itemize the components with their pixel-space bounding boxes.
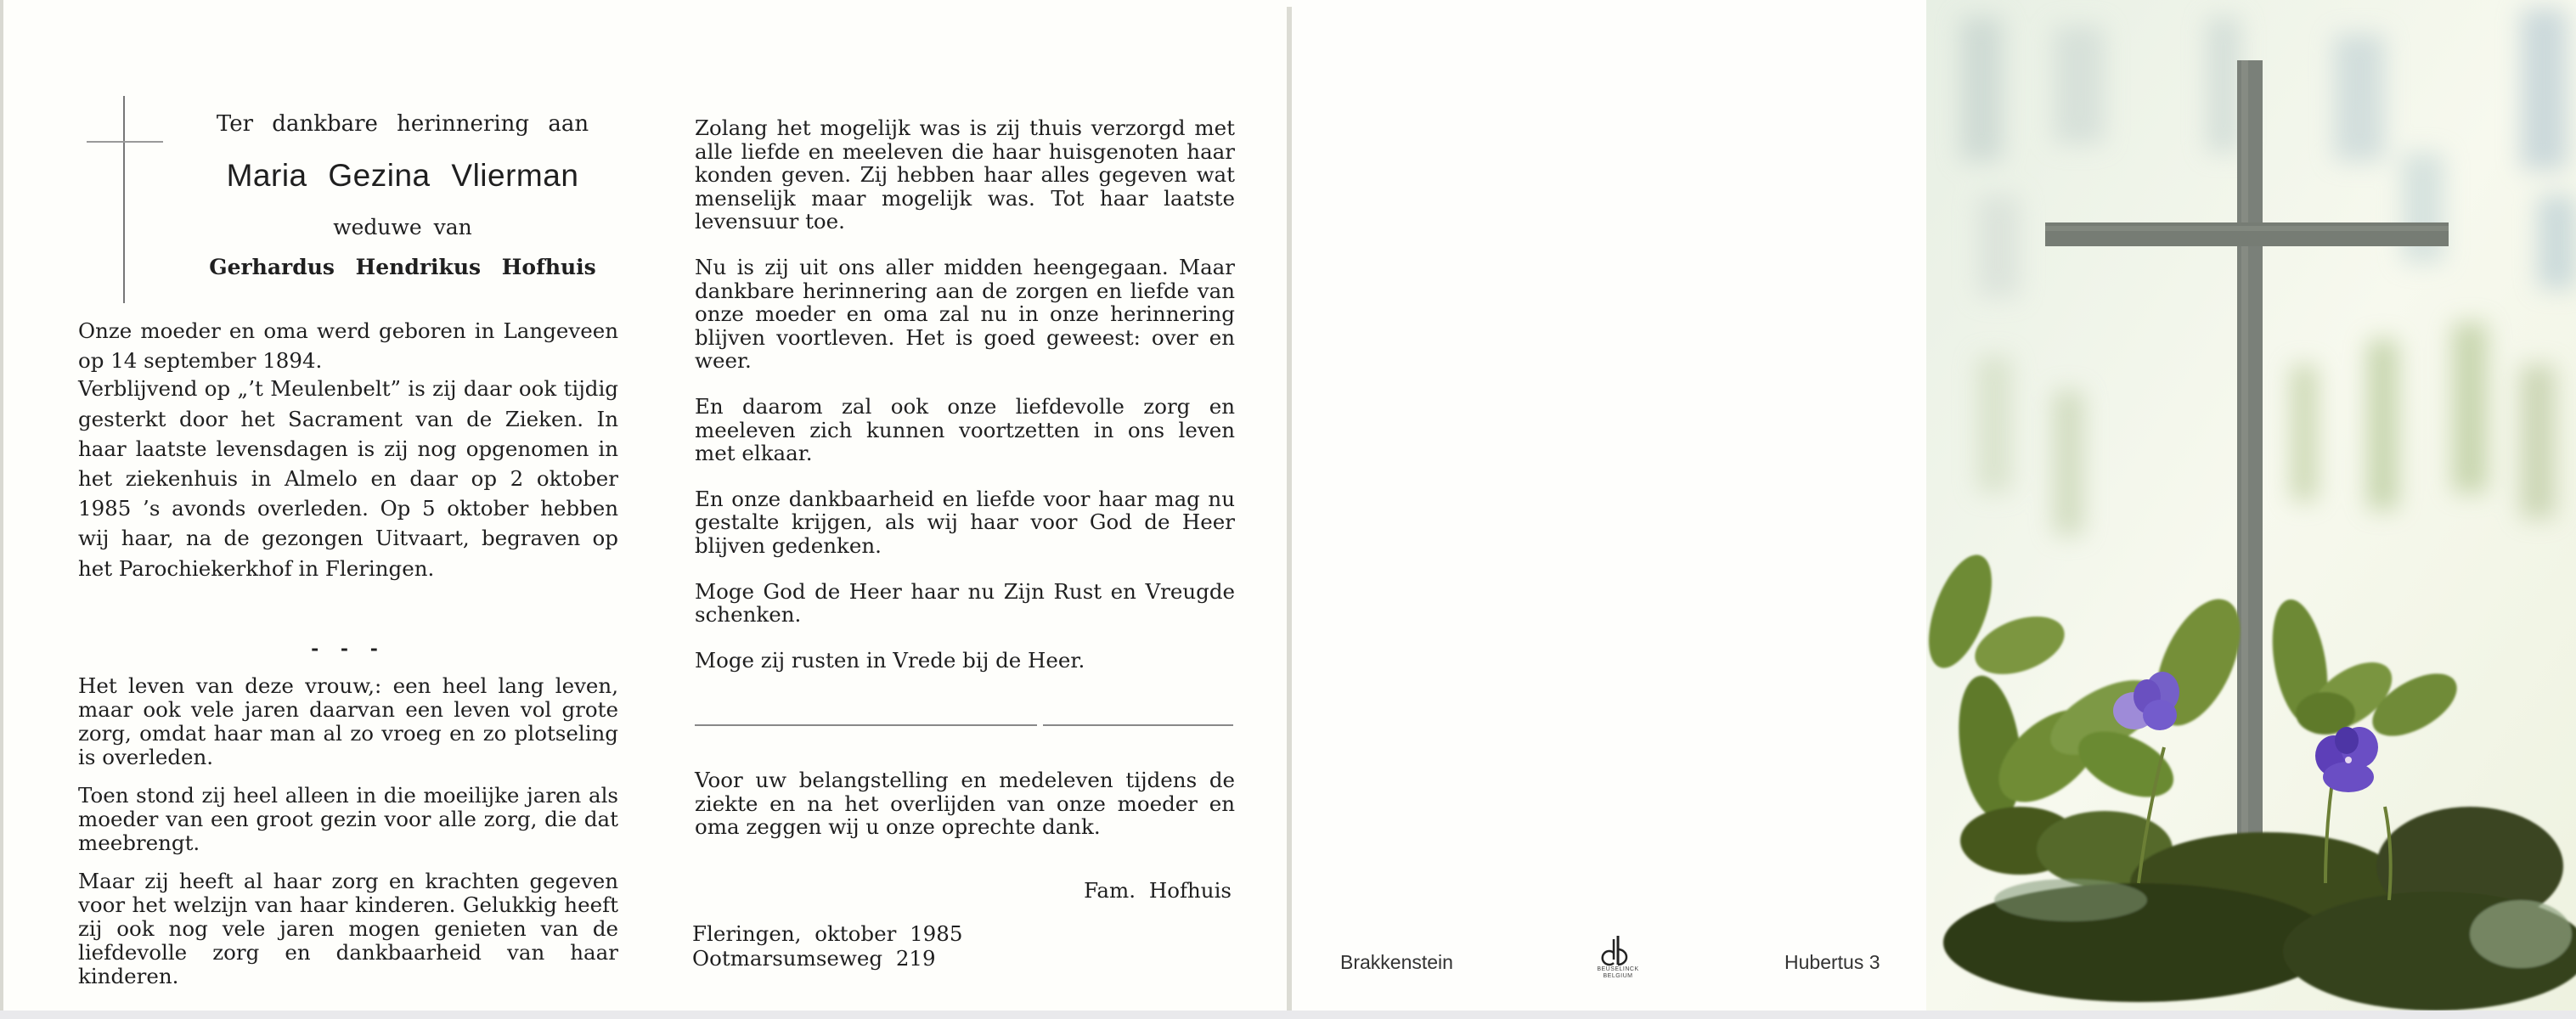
divider-line — [695, 724, 1037, 726]
cross-icon — [123, 96, 125, 303]
widow-paragraph: Toen stond zij heel alleen in die moeili… — [78, 784, 618, 855]
intro-text: Ter dankbare herinnering aan — [173, 111, 632, 137]
panel-front-text: Ter dankbare herinnering aan Maria Gezin… — [0, 0, 643, 1011]
cross-photo — [1926, 0, 2576, 1011]
panel-back — [1292, 0, 1926, 1011]
biography-block: Onze moeder en oma werd geboren in Lange… — [78, 316, 618, 583]
publisher-label: Brakkenstein — [1340, 951, 1453, 974]
life-paragraph: Het leven van deze vrouw,: een heel lang… — [78, 674, 618, 769]
reflection-block: Zolang het mogelijk was is zij thuis ver… — [695, 116, 1235, 694]
place-date: Fleringen, oktober 1985 — [692, 921, 962, 946]
series-label: Hubertus 3 — [1784, 951, 1880, 974]
children-paragraph: Maar zij heeft al haar zorg en krachten … — [78, 870, 618, 988]
memorial-card: Ter dankbare herinnering aan Maria Gezin… — [0, 0, 2576, 1011]
death-paragraph: Verblijvend op „’t Meulenbelt” is zij da… — [78, 374, 618, 583]
remembrance-paragraph: Nu is zij uit ons aller midden heengegaa… — [695, 256, 1235, 373]
address: Ootmarsumseweg 219 — [692, 946, 962, 971]
rest-paragraph: Moge zij rusten in Vrede bij de Heer. — [695, 649, 1235, 673]
cross-icon-arm — [87, 141, 163, 143]
birth-paragraph: Onze moeder en oma werd geboren in Lange… — [78, 316, 618, 375]
photo-cross-violets — [1926, 0, 2576, 1011]
relation-text: weduwe van — [173, 215, 632, 239]
spouse-name: Gerhardus Hendrikus Hofhuis — [173, 255, 632, 279]
signature: Fam. Hofhuis — [695, 878, 1232, 903]
deceased-name: Maria Gezina Vlierman — [173, 158, 632, 194]
thanks-paragraph: Voor uw belangstelling en medeleven tijd… — [695, 768, 1235, 839]
prayer-paragraph: Moge God de Heer haar nu Zijn Rust en Vr… — [695, 580, 1235, 627]
publisher-logo: BEUSELINCK BELGIUM — [1588, 934, 1648, 980]
place-address: Fleringen, oktober 1985 Ootmarsumseweg 2… — [692, 921, 962, 971]
life-block: Het leven van deze vrouw,: een heel lang… — [78, 674, 618, 988]
divider-line — [1043, 724, 1233, 726]
logo-icon — [1601, 934, 1635, 966]
continuation-paragraph: En daarom zal ook onze liefdevolle zorg … — [695, 395, 1235, 465]
logo-text: BEUSELINCK BELGIUM — [1588, 966, 1648, 980]
separator: - - - — [78, 638, 618, 660]
gratitude-paragraph: En onze dankbaarheid en liefde voor haar… — [695, 487, 1235, 558]
care-paragraph: Zolang het mogelijk was is zij thuis ver… — [695, 116, 1235, 234]
